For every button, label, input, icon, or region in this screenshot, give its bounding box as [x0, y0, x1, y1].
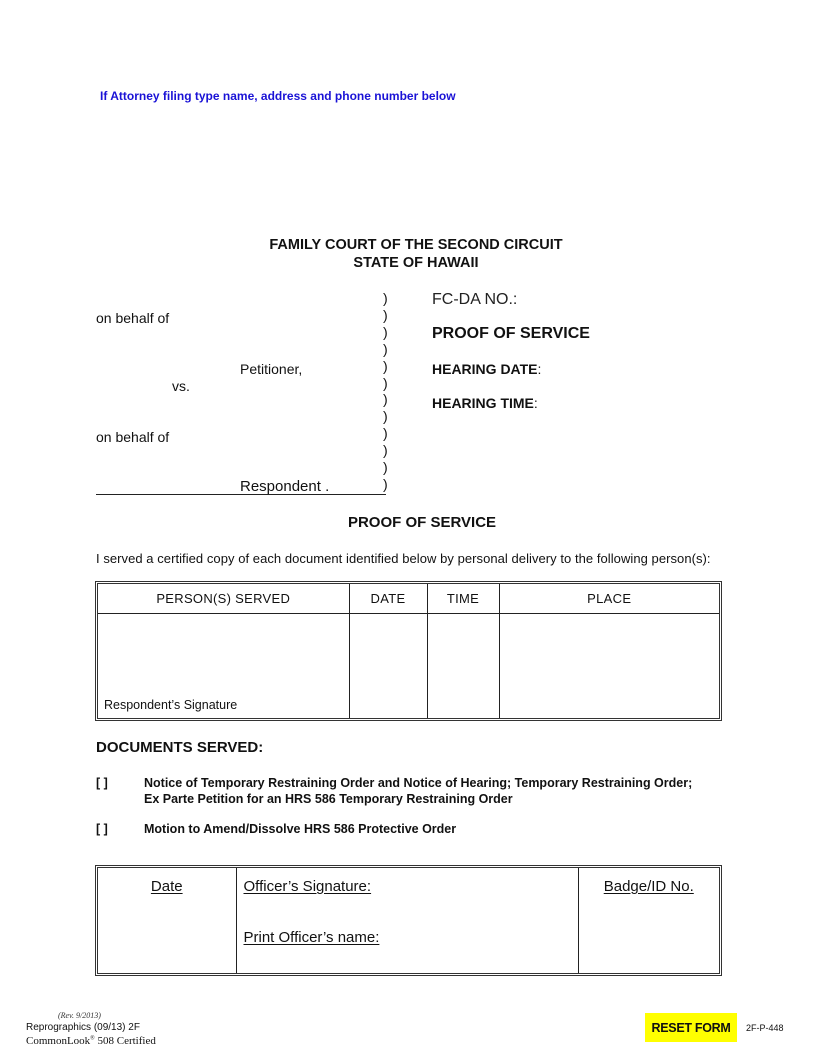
officer-signature-field[interactable]: Officer’s Signature: Print Officer’s nam… [236, 868, 578, 973]
caption-rule [96, 494, 386, 495]
document-item: [ ]Motion to Amend/Dissolve HRS 586 Prot… [96, 821, 744, 837]
petitioner-on-behalf-of: on behalf of [96, 310, 169, 326]
officer-date-field[interactable]: Date [98, 868, 236, 973]
form-code: 2F-P-448 [746, 1023, 784, 1033]
document-text: Ex Parte Petition for an HRS 586 Tempora… [144, 792, 513, 806]
service-statement: I served a certified copy of each docume… [96, 551, 711, 566]
court-name: FAMILY COURT OF THE SECOND CIRCUIT [8, 236, 816, 254]
hearing-date-label: HEARING DATE: [432, 361, 541, 377]
document-title: PROOF OF SERVICE [432, 325, 590, 343]
document-text: Notice of Temporary Restraining Order an… [144, 776, 692, 790]
caption-parentheses: ))) ))) ))) ))) [383, 290, 393, 493]
respondent-label: Respondent . [240, 478, 329, 495]
service-date-field[interactable] [349, 613, 427, 718]
column-header-persons-served: PERSON(S) SERVED [98, 584, 349, 613]
respondent-signature-label: Respondent’s Signature [104, 698, 237, 712]
officer-date-label: Date [151, 878, 183, 895]
officer-table: Date Officer’s Signature: Print Officer’… [95, 865, 722, 976]
officer-signature-label: Officer’s Signature: [244, 878, 372, 895]
court-state: STATE OF HAWAII [8, 254, 816, 272]
document-text: Motion to Amend/Dissolve HRS 586 Protect… [144, 821, 744, 837]
versus-label: vs. [172, 378, 190, 394]
respondent-on-behalf-of: on behalf of [96, 429, 169, 445]
column-header-date: DATE [349, 584, 427, 613]
service-table: PERSON(S) SERVED DATE TIME PLACE Respond… [95, 581, 722, 721]
column-header-time: TIME [427, 584, 499, 613]
documents-served-heading: DOCUMENTS SERVED: [96, 739, 263, 756]
hearing-time-label: HEARING TIME: [432, 395, 538, 411]
attorney-instruction: If Attorney filing type name, address an… [100, 89, 456, 103]
badge-id-label: Badge/ID No. [604, 878, 694, 895]
reset-form-button[interactable]: RESET FORM [645, 1013, 737, 1042]
column-header-place: PLACE [499, 584, 719, 613]
case-number-label: FC-DA NO.: [432, 291, 517, 309]
petitioner-label: Petitioner, [240, 361, 302, 377]
service-place-field[interactable] [499, 613, 719, 718]
revision-note: (Rev. 9/2013) [58, 1011, 101, 1020]
commonlook-certification: CommonLook® 508 Certified [26, 1035, 156, 1047]
badge-id-field[interactable]: Badge/ID No. [578, 868, 719, 973]
proof-of-service-heading: PROOF OF SERVICE [0, 514, 816, 531]
document-checkbox[interactable]: [ ] [96, 775, 144, 791]
persons-served-field[interactable]: Respondent’s Signature [98, 613, 349, 718]
service-time-field[interactable] [427, 613, 499, 718]
document-item: [ ]Notice of Temporary Restraining Order… [96, 775, 744, 807]
reprographics-note: Reprographics (09/13) 2F [26, 1022, 140, 1033]
document-checkbox[interactable]: [ ] [96, 821, 144, 837]
print-officer-name-label: Print Officer’s name: [244, 929, 380, 946]
